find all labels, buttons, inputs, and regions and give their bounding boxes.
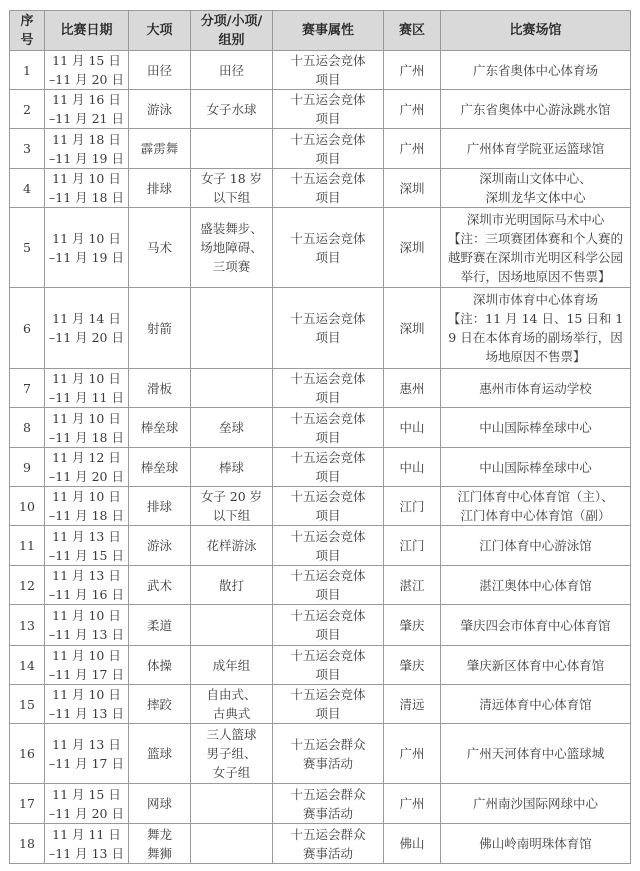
cell-event: 柔道 [129, 605, 191, 646]
cell-date: 11 月 10 日 –11 月 17 日 [45, 646, 129, 685]
cell-sub-event [191, 129, 273, 169]
cell-event: 排球 [129, 169, 191, 208]
cell-zone: 深圳 [384, 169, 441, 208]
cell-serial-no: 3 [10, 129, 45, 169]
cell-event-type: 十五运会竞体 项目 [273, 208, 384, 288]
cell-venue: 肇庆新区体育中心体育馆 [441, 646, 631, 685]
cell-serial-no: 12 [10, 566, 45, 605]
cell-sub-event: 棒球 [191, 448, 273, 487]
cell-venue: 肇庆四会市体育中心体育馆 [441, 605, 631, 646]
cell-zone: 广州 [384, 51, 441, 90]
table-row: 1111 月 13 日 –11 月 15 日游泳花样游泳十五运会竞体 项目江门江… [10, 526, 631, 566]
cell-sub-event: 女子 18 岁 以下组 [191, 169, 273, 208]
cell-sub-event: 女子水球 [191, 90, 273, 129]
cell-sub-event: 盛装舞步、 场地障碍、 三项赛 [191, 208, 273, 288]
cell-event: 滑板 [129, 369, 191, 408]
header-zone: 赛区 [384, 11, 441, 51]
cell-event: 摔跤 [129, 685, 191, 724]
header-event: 大项 [129, 11, 191, 51]
venue-note: 【注：三项赛团体赛和个人赛的越野赛在深圳市光明区科学公园举行，因场地原因不售票】 [445, 229, 626, 286]
cell-zone: 佛山 [384, 824, 441, 864]
cell-sub-event: 三人篮球 男子组、 女子组 [191, 724, 273, 784]
cell-serial-no: 4 [10, 169, 45, 208]
cell-date: 11 月 13 日 –11 月 16 日 [45, 566, 129, 605]
cell-zone: 中山 [384, 448, 441, 487]
cell-venue: 中山国际棒垒球中心 [441, 408, 631, 448]
cell-sub-event: 垒球 [191, 408, 273, 448]
venue-note: 【注：11 月 14 日、15 日和 19 日在本体育场的副场举行，因场地原因不… [445, 309, 626, 366]
cell-venue: 中山国际棒垒球中心 [441, 448, 631, 487]
cell-date: 11 月 10 日 –11 月 19 日 [45, 208, 129, 288]
table-row: 1511 月 10 日 –11 月 13 日摔跤自由式、 古典式十五运会竞体 项… [10, 685, 631, 724]
header-venue: 比赛场馆 [441, 11, 631, 51]
table-row: 1611 月 13 日 –11 月 17 日篮球三人篮球 男子组、 女子组十五运… [10, 724, 631, 784]
table-row: 1311 月 10 日 –11 月 13 日柔道十五运会竞体 项目肇庆肇庆四会市… [10, 605, 631, 646]
table-header-row: 序 号 比赛日期 大项 分项/小项/ 组别 赛事属性 赛区 比赛场馆 [10, 11, 631, 51]
cell-date: 11 月 16 日 –11 月 21 日 [45, 90, 129, 129]
cell-date: 11 月 10 日 –11 月 11 日 [45, 369, 129, 408]
table-row: 211 月 16 日 –11 月 21 日游泳女子水球十五运会竞体 项目广州广东… [10, 90, 631, 129]
table-row: 111 月 15 日 –11 月 20 日田径田径十五运会竞体 项目广州广东省奥… [10, 51, 631, 90]
cell-zone: 广州 [384, 129, 441, 169]
cell-event: 射箭 [129, 288, 191, 369]
cell-serial-no: 5 [10, 208, 45, 288]
cell-sub-event: 女子 20 岁 以下组 [191, 487, 273, 526]
cell-event-type: 十五运会竞体 项目 [273, 369, 384, 408]
cell-sub-event: 成年组 [191, 646, 273, 685]
cell-sub-event [191, 784, 273, 824]
cell-zone: 中山 [384, 408, 441, 448]
cell-venue: 深圳市体育中心体育场【注：11 月 14 日、15 日和 19 日在本体育场的副… [441, 288, 631, 369]
table-row: 1011 月 10 日 –11 月 18 日排球女子 20 岁 以下组十五运会竞… [10, 487, 631, 526]
cell-date: 11 月 12 日 –11 月 20 日 [45, 448, 129, 487]
cell-venue: 广州体育学院亚运篮球馆 [441, 129, 631, 169]
cell-event: 棒垒球 [129, 448, 191, 487]
header-date: 比赛日期 [45, 11, 129, 51]
cell-venue: 深圳南山文体中心、 深圳龙华文体中心 [441, 169, 631, 208]
cell-event-type: 十五运会群众 赛事活动 [273, 824, 384, 864]
header-serial-no: 序 号 [10, 11, 45, 51]
cell-zone: 肇庆 [384, 646, 441, 685]
cell-serial-no: 15 [10, 685, 45, 724]
cell-serial-no: 17 [10, 784, 45, 824]
table-row: 811 月 10 日 –11 月 18 日棒垒球垒球十五运会竞体 项目中山中山国… [10, 408, 631, 448]
competition-schedule-table: 序 号 比赛日期 大项 分项/小项/ 组别 赛事属性 赛区 比赛场馆 111 月… [9, 10, 631, 864]
cell-serial-no: 9 [10, 448, 45, 487]
cell-serial-no: 14 [10, 646, 45, 685]
table-row: 911 月 12 日 –11 月 20 日棒垒球棒球十五运会竞体 项目中山中山国… [10, 448, 631, 487]
table-row: 1211 月 13 日 –11 月 16 日武术散打十五运会竞体 项目湛江湛江奥… [10, 566, 631, 605]
table-row: 511 月 10 日 –11 月 19 日马术盛装舞步、 场地障碍、 三项赛十五… [10, 208, 631, 288]
cell-date: 11 月 11 日 –11 月 13 日 [45, 824, 129, 864]
cell-serial-no: 10 [10, 487, 45, 526]
table-row: 711 月 10 日 –11 月 11 日滑板十五运会竞体 项目惠州惠州市体育运… [10, 369, 631, 408]
cell-event: 舞龙 舞狮 [129, 824, 191, 864]
cell-serial-no: 1 [10, 51, 45, 90]
cell-event-type: 十五运会竞体 项目 [273, 408, 384, 448]
cell-event: 棒垒球 [129, 408, 191, 448]
cell-sub-event [191, 824, 273, 864]
cell-date: 11 月 15 日 –11 月 20 日 [45, 784, 129, 824]
header-sub-event: 分项/小项/ 组别 [191, 11, 273, 51]
cell-zone: 清远 [384, 685, 441, 724]
cell-event: 霹雳舞 [129, 129, 191, 169]
cell-date: 11 月 13 日 –11 月 17 日 [45, 724, 129, 784]
cell-event-type: 十五运会群众 赛事活动 [273, 784, 384, 824]
cell-venue: 广州天河体育中心篮球城 [441, 724, 631, 784]
cell-event: 体操 [129, 646, 191, 685]
cell-sub-event: 散打 [191, 566, 273, 605]
cell-event-type: 十五运会竞体 项目 [273, 566, 384, 605]
cell-zone: 深圳 [384, 208, 441, 288]
cell-serial-no: 11 [10, 526, 45, 566]
cell-date: 11 月 10 日 –11 月 13 日 [45, 605, 129, 646]
table-row: 411 月 10 日 –11 月 18 日排球女子 18 岁 以下组十五运会竞体… [10, 169, 631, 208]
cell-event-type: 十五运会群众 赛事活动 [273, 724, 384, 784]
cell-event-type: 十五运会竞体 项目 [273, 487, 384, 526]
cell-event: 武术 [129, 566, 191, 605]
cell-serial-no: 18 [10, 824, 45, 864]
cell-venue: 清远体育中心体育馆 [441, 685, 631, 724]
cell-zone: 江门 [384, 526, 441, 566]
cell-zone: 广州 [384, 724, 441, 784]
cell-sub-event [191, 369, 273, 408]
cell-event-type: 十五运会竞体 项目 [273, 526, 384, 566]
cell-venue: 深圳市光明国际马术中心【注：三项赛团体赛和个人赛的越野赛在深圳市光明区科学公园举… [441, 208, 631, 288]
table-row: 1811 月 11 日 –11 月 13 日舞龙 舞狮十五运会群众 赛事活动佛山… [10, 824, 631, 864]
cell-venue: 广州南沙国际网球中心 [441, 784, 631, 824]
cell-sub-event [191, 288, 273, 369]
cell-zone: 广州 [384, 90, 441, 129]
header-event-type: 赛事属性 [273, 11, 384, 51]
cell-event-type: 十五运会竞体 项目 [273, 51, 384, 90]
cell-event: 游泳 [129, 90, 191, 129]
cell-serial-no: 6 [10, 288, 45, 369]
cell-event-type: 十五运会竞体 项目 [273, 90, 384, 129]
cell-zone: 湛江 [384, 566, 441, 605]
cell-venue: 江门体育中心游泳馆 [441, 526, 631, 566]
table-row: 1711 月 15 日 –11 月 20 日网球十五运会群众 赛事活动广州广州南… [10, 784, 631, 824]
cell-sub-event: 自由式、 古典式 [191, 685, 273, 724]
venue-name: 深圳市体育中心体育场 [445, 290, 626, 309]
cell-event: 田径 [129, 51, 191, 90]
cell-event-type: 十五运会竞体 项目 [273, 646, 384, 685]
cell-event-type: 十五运会竞体 项目 [273, 288, 384, 369]
table-body: 111 月 15 日 –11 月 20 日田径田径十五运会竞体 项目广州广东省奥… [10, 51, 631, 864]
cell-zone: 肇庆 [384, 605, 441, 646]
cell-event: 篮球 [129, 724, 191, 784]
cell-event: 排球 [129, 487, 191, 526]
cell-date: 11 月 10 日 –11 月 13 日 [45, 685, 129, 724]
cell-event-type: 十五运会竞体 项目 [273, 169, 384, 208]
cell-date: 11 月 10 日 –11 月 18 日 [45, 487, 129, 526]
cell-sub-event [191, 605, 273, 646]
cell-serial-no: 8 [10, 408, 45, 448]
cell-serial-no: 13 [10, 605, 45, 646]
cell-event: 马术 [129, 208, 191, 288]
cell-date: 11 月 10 日 –11 月 18 日 [45, 408, 129, 448]
cell-event-type: 十五运会竞体 项目 [273, 129, 384, 169]
cell-sub-event: 花样游泳 [191, 526, 273, 566]
cell-venue: 佛山岭南明珠体育馆 [441, 824, 631, 864]
cell-date: 11 月 10 日 –11 月 18 日 [45, 169, 129, 208]
cell-zone: 惠州 [384, 369, 441, 408]
cell-event: 网球 [129, 784, 191, 824]
cell-date: 11 月 15 日 –11 月 20 日 [45, 51, 129, 90]
cell-venue: 广东省奥体中心体育场 [441, 51, 631, 90]
table-row: 1411 月 10 日 –11 月 17 日体操成年组十五运会竞体 项目肇庆肇庆… [10, 646, 631, 685]
cell-event-type: 十五运会竞体 项目 [273, 448, 384, 487]
venue-name: 深圳市光明国际马术中心 [445, 210, 626, 229]
cell-zone: 江门 [384, 487, 441, 526]
cell-venue: 江门体育中心体育馆（主）、 江门体育中心体育馆（副） [441, 487, 631, 526]
cell-serial-no: 7 [10, 369, 45, 408]
cell-serial-no: 16 [10, 724, 45, 784]
cell-date: 11 月 14 日 –11 月 20 日 [45, 288, 129, 369]
cell-serial-no: 2 [10, 90, 45, 129]
cell-event: 游泳 [129, 526, 191, 566]
table-row: 311 月 18 日 –11 月 19 日霹雳舞十五运会竞体 项目广州广州体育学… [10, 129, 631, 169]
cell-venue: 惠州市体育运动学校 [441, 369, 631, 408]
cell-date: 11 月 13 日 –11 月 15 日 [45, 526, 129, 566]
cell-venue: 广东省奥体中心游泳跳水馆 [441, 90, 631, 129]
cell-zone: 深圳 [384, 288, 441, 369]
table-row: 611 月 14 日 –11 月 20 日射箭十五运会竞体 项目深圳深圳市体育中… [10, 288, 631, 369]
cell-venue: 湛江奥体中心体育馆 [441, 566, 631, 605]
cell-event-type: 十五运会竞体 项目 [273, 605, 384, 646]
cell-event-type: 十五运会竞体 项目 [273, 685, 384, 724]
cell-zone: 广州 [384, 784, 441, 824]
cell-date: 11 月 18 日 –11 月 19 日 [45, 129, 129, 169]
cell-sub-event: 田径 [191, 51, 273, 90]
